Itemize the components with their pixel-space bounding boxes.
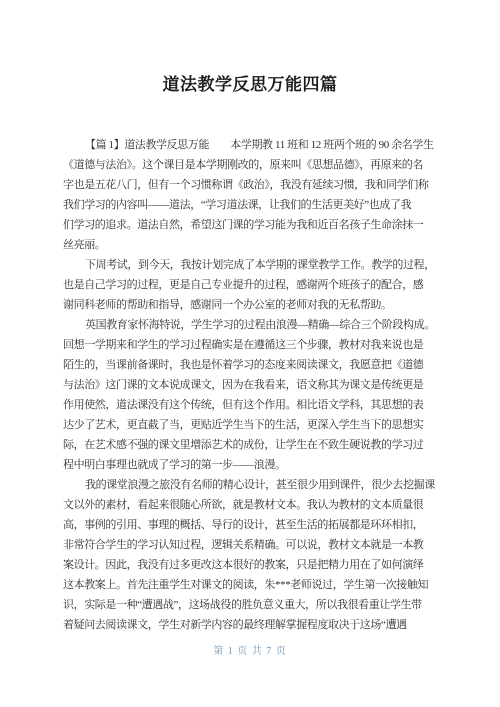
- text-line: 们学习的追求。道法自然，希望这门课的学习能为我和近百名孩子生命涂抹一: [63, 215, 439, 235]
- document-page: { "header": { "title": "道法教学反思万能四篇" }, "…: [0, 0, 500, 707]
- text-line: 回想一学期来和学生的学习过程确实是在遵循这三个步骤，教材对我来说也是: [63, 335, 439, 355]
- text-line: 【篇 1】道法教学反思万能 本学期教 11 班和 12 班两个班的 90 余名学…: [63, 135, 439, 155]
- page-number-footer: 第 1 页 共 7 页: [0, 642, 500, 657]
- text-line: 《道德与法治》。这个课目是本学期刚改的，原来叫《思想品德》，再原来的名: [63, 155, 439, 175]
- text-line: 英国教育家怀海特说，学生学习的过程由浪漫—精确—综合三个阶段构成。: [63, 315, 439, 335]
- text-line: 文以外的素材，看起来很随心所欲，就是教材文本。我认为教材的文本质量很: [63, 495, 439, 515]
- text-line: 高，事例的引用、事理的概括、导行的设计，甚至生活的拓展都是环环相扣，: [63, 515, 439, 535]
- text-line: 丝亮丽。: [63, 235, 439, 255]
- text-line: 作用使然，道法课没有这个传统，但有这个作用。相比语文学科，其思想的表: [63, 395, 439, 415]
- document-title: 道法教学反思万能四篇: [0, 70, 500, 95]
- text-line: 案设计。因此，我没有过多更改这本很好的教案，只是把精力用在了如何演绎: [63, 555, 439, 575]
- text-line: 程中明白事理也就成了学习的第一步——浪漫。: [63, 455, 439, 475]
- text-line: 谢同科老师的帮助和指导，感谢同一个办公室的老师对我的无私帮助。: [63, 295, 439, 315]
- text-line: 非常符合学生的学习认知过程，逻辑关系精确。可以说，教材文本就是一本教: [63, 535, 439, 555]
- text-line: 我们学习的内容叫——道法，“学习道法课，让我们的生活更美好”也成了我: [63, 195, 439, 215]
- text-line: 陌生的，当课前备课时，我也是怀着学习的态度来阅读课文，我愿意把《道德: [63, 355, 439, 375]
- document-body: 【篇 1】道法教学反思万能 本学期教 11 班和 12 班两个班的 90 余名学…: [63, 135, 439, 635]
- text-line: 我的课堂浪漫之旅没有名师的精心设计，甚至很少用到课件，很少去挖掘课: [63, 475, 439, 495]
- text-line: 际，在艺术感不强的课文里增添艺术的成份，让学生在不致生硬说教的学习过: [63, 435, 439, 455]
- text-line: 识，实际是一种“遭遇战”，这场战役的胜负意义重大，所以我很看重让学生带: [63, 595, 439, 615]
- text-line: 下周考试，到今天，我按计划完成了本学期的课堂教学工作。教学的过程，: [63, 255, 439, 275]
- text-line: 与法治》这门课的文本说成课文，因为在我看来，语文称其为课文是传统更是: [63, 375, 439, 395]
- text-line: 这本教案上。首先注重学生对课文的阅读，朱***老师说过，学生第一次接触知: [63, 575, 439, 595]
- text-line: 字也是五花八门，但有一个习惯称谓《政治》，我没有延续习惯，我和同学们称: [63, 175, 439, 195]
- text-line: 着疑问去阅读课文，学生对新学内容的最终理解掌握程度取决于这场“遭遇: [63, 615, 439, 635]
- text-line: 也是自己学习的过程，更是自己专业提升的过程，感谢两个班孩子的配合，感: [63, 275, 439, 295]
- text-line: 达少了艺术，更直截了当，更贴近学生当下的生活，更深入学生当下的思想实: [63, 415, 439, 435]
